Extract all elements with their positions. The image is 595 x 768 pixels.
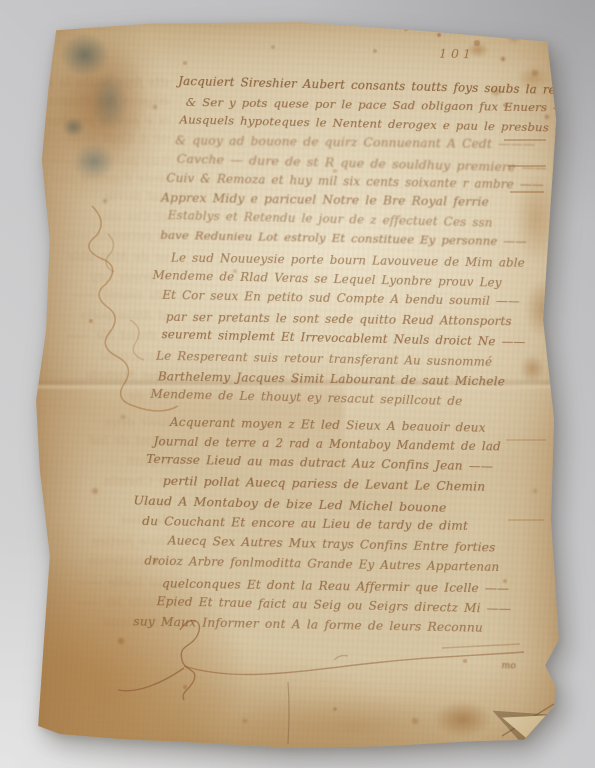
manuscript-line: mo <box>501 661 516 671</box>
manuscript-line: par ser pretants le sont sede quitto Reu… <box>166 310 512 329</box>
manuscript-page: Jacquiert Sireshier Aubert consants tout… <box>34 20 562 750</box>
manuscript-line: bave Redunieu Lot estroly Et constituee … <box>160 228 527 249</box>
manuscript-line: Et Cor seux En petito sud Compte A bendu… <box>162 288 520 309</box>
manuscript-line: Barthelemy Jacques Simit Labourant de sa… <box>158 369 505 388</box>
manuscript-line: Jacquiert Sireshier Aubert consants tout… <box>178 74 595 98</box>
manuscript-line: suy Maux Informer ont A la forme de leur… <box>133 614 483 634</box>
manuscript-line: Epied Et traue faict au Seig ou Seigrs d… <box>156 594 511 616</box>
manuscript-line: Cuiv & Remoza et huy mil six cents soixa… <box>166 171 544 192</box>
manuscript-line: Auecq Sex Autres Mux trays Confins Entre… <box>168 533 496 554</box>
manuscript-line: pertil pollat Auecq pariess de Levant Le… <box>163 474 486 494</box>
manuscript-line: Ulaud A Montaboy de bize Led Michel bouo… <box>133 493 446 515</box>
photo-background: Jacquiert Sireshier Aubert consants tout… <box>0 0 595 768</box>
manuscript-line: Acquerant moyen z Et led Sieux A beauoir… <box>170 415 486 435</box>
manuscript-line: & quoy ad bouone de quirz Connuenant A C… <box>175 133 535 151</box>
manuscript-line: Establys et Retendu le jour de z effectu… <box>168 208 493 230</box>
manuscript-line: Le Respereant suis retour transferant Au… <box>156 349 492 369</box>
paper-sheet: Jacquiert Sireshier Aubert consants tout… <box>34 20 562 750</box>
foxing-speckles <box>34 20 36 22</box>
manuscript-line: Ausquels hypoteques le Nentent derogex e… <box>179 112 590 135</box>
manuscript-text: Jacquiert Sireshier Aubert consants tout… <box>22 17 563 757</box>
manuscript-line: Le sud Nouueysie porte bourn Lavouveue d… <box>171 251 525 270</box>
manuscript-line: & Ser y pots quese por le pace Sad oblig… <box>186 95 589 115</box>
manuscript-line: Mendeme de Rlad Veras se Lequel Lyonbre … <box>152 268 501 290</box>
manuscript-line: Journal de terre a 2 rad a Montaboy Mand… <box>153 434 500 453</box>
manuscript-line: du Couchant Et encore au Lieu de tardy d… <box>142 514 468 533</box>
manuscript-line: seuremt simplemt Et Irrevocablemt Neuls … <box>161 327 525 349</box>
manuscript-line: Terrasse Lieud au mas dutract Auz Confin… <box>146 452 493 474</box>
manuscript-line: droioz Arbre fonlmoditta Grande Ey Autre… <box>144 554 499 575</box>
manuscript-line: Apprex Midy e paricuel Notre le Bre Roya… <box>161 191 489 209</box>
manuscript-line: Mendeme de Le thouyt ey resacut sepillco… <box>150 387 462 408</box>
manuscript-line: quelconques Et dont la Reau Affermir que… <box>162 576 509 595</box>
